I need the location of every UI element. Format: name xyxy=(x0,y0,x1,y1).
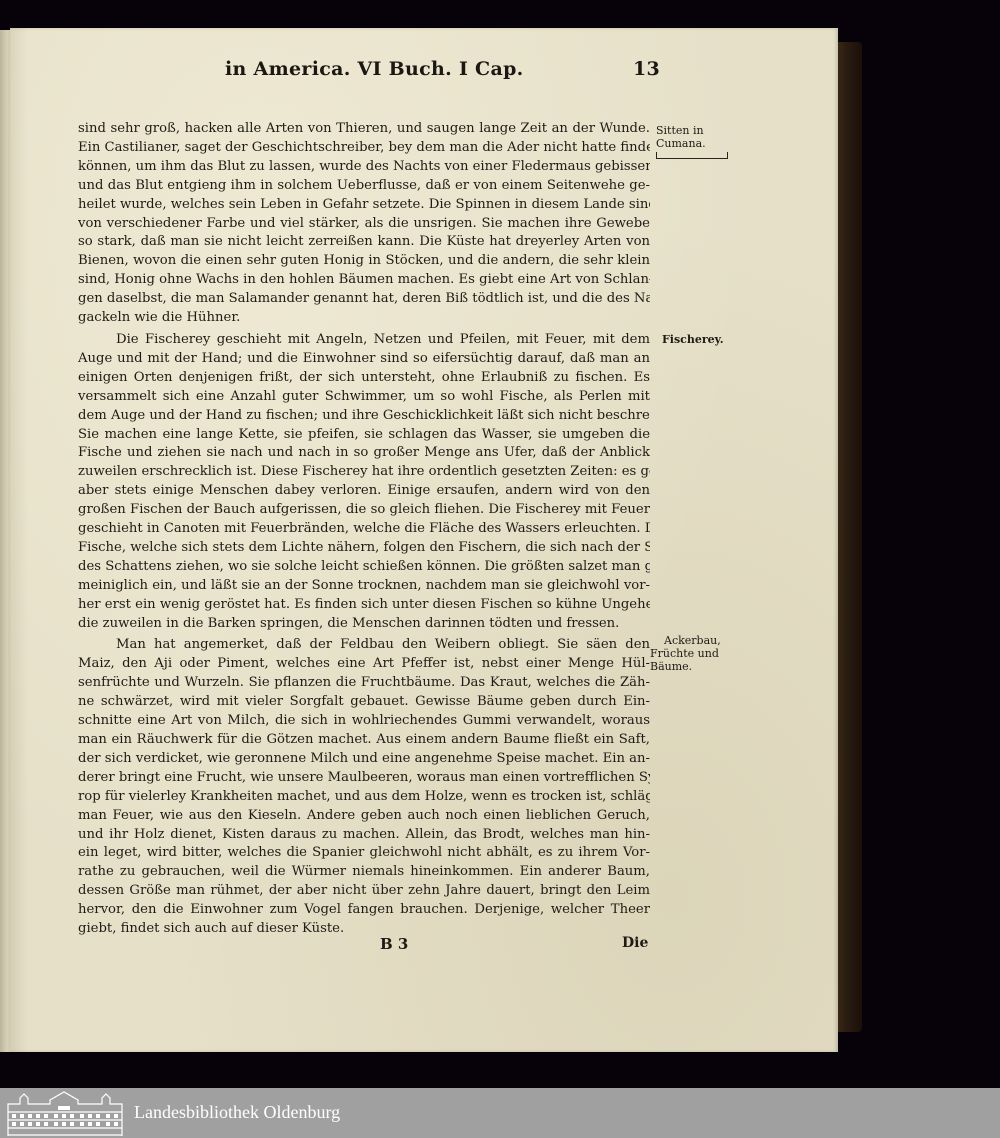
text-line: rop für vielerley Krankheiten machet, un… xyxy=(78,788,650,807)
marginal-note-line: Cumana. xyxy=(656,137,706,150)
marginal-note-line: Bäume. xyxy=(650,660,740,673)
text-line: gackeln wie die Hühner. xyxy=(78,309,650,328)
footer-banner: Landesbibliothek Oldenburg xyxy=(0,1088,1000,1138)
text-line: großen Fischen der Bauch aufgerissen, di… xyxy=(78,501,650,520)
paragraph-agriculture: Man hat angemerket, daß der Feldbau den … xyxy=(78,636,650,939)
body-text: sind sehr groß, hacken alle Arten von Th… xyxy=(78,120,650,939)
marginal-note-line: Fischerey. xyxy=(662,333,724,346)
running-head-title: in America. VI Buch. I Cap. xyxy=(225,58,524,80)
text-line: des Schattens ziehen, wo sie solche leic… xyxy=(78,558,650,577)
text-line: hervor, den die Einwohner zum Vogel fang… xyxy=(78,901,650,920)
scan-viewport: in America. VI Buch. I Cap. 13 sind sehr… xyxy=(0,0,1000,1088)
text-line: dessen Größe man rühmet, der aber nicht … xyxy=(78,882,650,901)
text-line: von verschiedener Farbe und viel stärker… xyxy=(78,215,650,234)
text-line: und ihr Holz dienet, Kisten daraus zu ma… xyxy=(78,826,650,845)
marginal-note-line: Ackerbau, xyxy=(650,634,740,647)
marginal-note-sitten: Sitten in Cumana. xyxy=(656,124,736,159)
text-line: heilet wurde, welches sein Leben in Gefa… xyxy=(78,196,650,215)
text-line: dem Auge und der Hand zu fischen; und ih… xyxy=(78,407,650,426)
text-line: Man hat angemerket, daß der Feldbau den … xyxy=(78,636,650,655)
book-binding-edge xyxy=(836,42,862,1032)
text-line: versammelt sich eine Anzahl guter Schwim… xyxy=(78,388,650,407)
text-line: derer bringt eine Frucht, wie unsere Mau… xyxy=(78,769,650,788)
text-line: sind, Honig ohne Wachs in den hohlen Bäu… xyxy=(78,271,650,290)
text-line: Ein Castilianer, saget der Geschichtschr… xyxy=(78,139,650,158)
text-line: aber stets einige Menschen dabey verlore… xyxy=(78,482,650,501)
text-line: der sich verdicket, wie geronnene Milch … xyxy=(78,750,650,769)
text-line: können, um ihm das Blut zu lassen, wurde… xyxy=(78,158,650,177)
marginal-note-line: Früchte und xyxy=(650,647,740,660)
page-number: 13 xyxy=(633,58,660,80)
text-line: senfrüchte und Wurzeln. Sie pflanzen die… xyxy=(78,674,650,693)
text-line: Sie machen eine lange Kette, sie pfeifen… xyxy=(78,426,650,445)
text-line: einigen Orten denjenigen frißt, der sich… xyxy=(78,369,650,388)
library-building-icon xyxy=(6,1090,124,1136)
text-line: sind sehr groß, hacken alle Arten von Th… xyxy=(78,120,650,139)
text-line: Bienen, wovon die einen sehr guten Honig… xyxy=(78,252,650,271)
signature-mark: B 3 xyxy=(380,935,408,953)
text-line: meiniglich ein, und läßt sie an der Sonn… xyxy=(78,577,650,596)
brace-icon xyxy=(656,152,728,159)
text-line: her erst ein wenig geröstet hat. Es find… xyxy=(78,596,650,615)
institution-name: Landesbibliothek Oldenburg xyxy=(134,1102,340,1123)
marginal-note-line: Sitten in xyxy=(656,124,704,137)
text-line: Auge und mit der Hand; und die Einwohner… xyxy=(78,350,650,369)
text-line: rathe zu gebrauchen, weil die Würmer nie… xyxy=(78,863,650,882)
text-line: man ein Räuchwerk für die Götzen machet.… xyxy=(78,731,650,750)
text-line: Fische und ziehen sie nach und nach in s… xyxy=(78,444,650,463)
text-line: giebt, findet sich auch auf dieser Küste… xyxy=(78,920,650,939)
marginal-note-fischerey: Fischerey. xyxy=(662,333,742,346)
text-line: so stark, daß man sie nicht leicht zerre… xyxy=(78,233,650,252)
text-line: Die Fischerey geschieht mit Angeln, Netz… xyxy=(78,331,650,350)
text-line: ne schwärzet, wird mit vieler Sorgfalt g… xyxy=(78,693,650,712)
text-line: Fische, welche sich stets dem Lichte näh… xyxy=(78,539,650,558)
catchword: Die xyxy=(622,935,648,951)
text-line: die zuweilen in die Barken springen, die… xyxy=(78,615,650,634)
paragraph-fishing: Die Fischerey geschieht mit Angeln, Netz… xyxy=(78,331,650,634)
text-line: geschieht in Canoten mit Feuerbränden, w… xyxy=(78,520,650,539)
text-line: zuweilen erschrecklich ist. Diese Fische… xyxy=(78,463,650,482)
text-line: gen daselbst, die man Salamander genannt… xyxy=(78,290,650,309)
text-line: und das Blut entgieng ihm in solchem Ueb… xyxy=(78,177,650,196)
text-line: man Feuer, wie aus den Kieseln. Andere g… xyxy=(78,807,650,826)
paragraph-bats-spiders: sind sehr groß, hacken alle Arten von Th… xyxy=(78,120,650,328)
text-line: ein leget, wird bitter, welches die Span… xyxy=(78,844,650,863)
text-line: Maiz, den Aji oder Piment, welches eine … xyxy=(78,655,650,674)
marginal-note-ackerbau: Ackerbau, Früchte und Bäume. xyxy=(650,634,740,673)
running-head: in America. VI Buch. I Cap. 13 xyxy=(225,58,660,88)
text-line: schnitte eine Art von Milch, die sich in… xyxy=(78,712,650,731)
